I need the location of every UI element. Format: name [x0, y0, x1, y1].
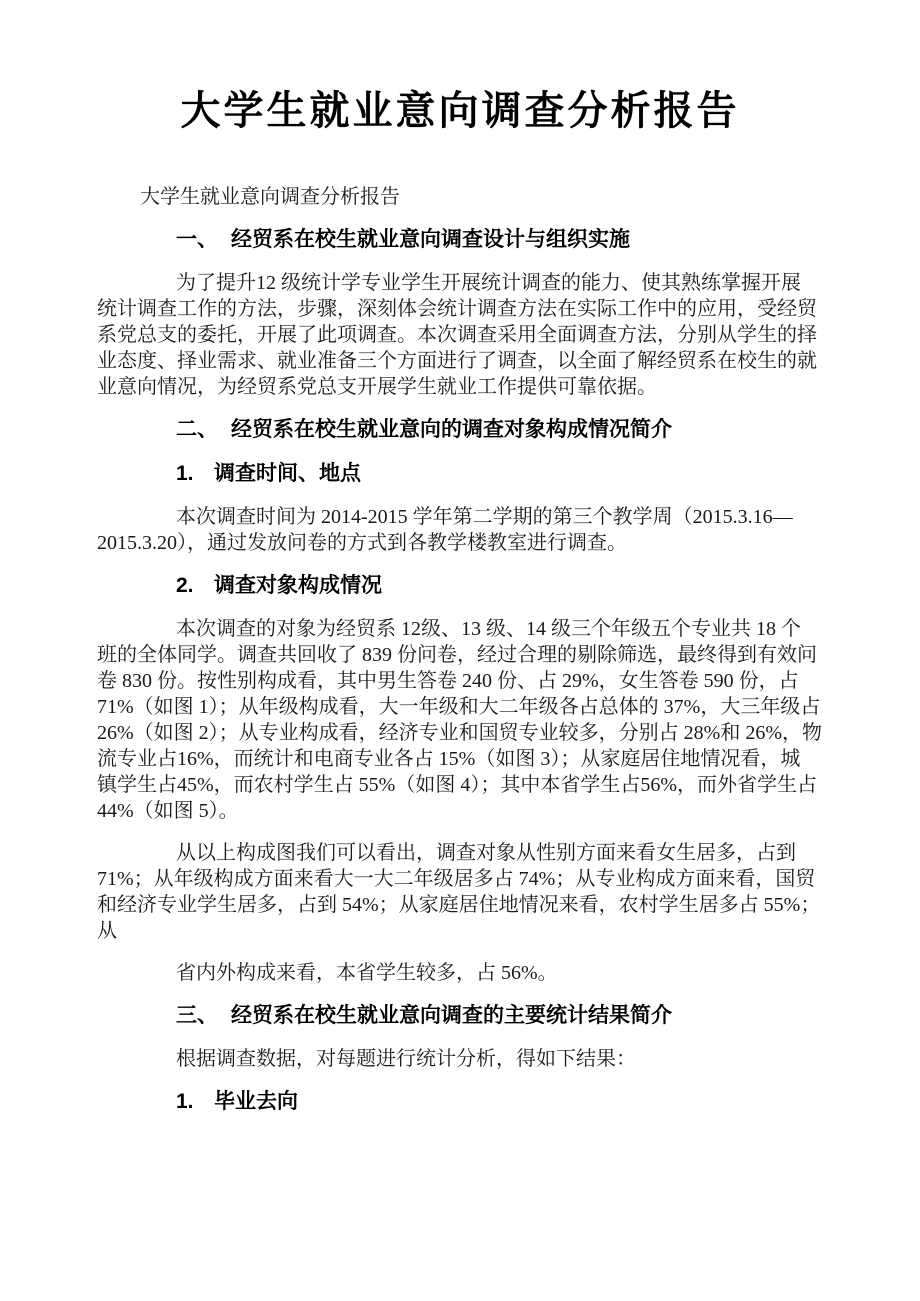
section-3-number: 三、 — [176, 1002, 231, 1030]
section-1-number: 一、 — [176, 226, 231, 254]
subheading-graduation-number: 1. — [176, 1088, 214, 1116]
section-heading-1: 一、经贸系在校生就业意向调查设计与组织实施 — [97, 226, 823, 254]
subheading-graduation-title: 毕业去向 — [214, 1090, 298, 1113]
composition-paragraph: 本次调查的对象为经贸系 12级、13 级、14 级三个年级五个专业共 18 个 … — [97, 616, 823, 824]
intro-paragraph: 为了提升12 级统计学专业学生开展统计调查的能力、使其熟练掌握开展 统计调查工作… — [97, 270, 823, 400]
document-page: 大学生就业意向调查分析报告 大学生就业意向调查分析报告 一、经贸系在校生就业意向… — [0, 0, 920, 1301]
section-3-title: 经贸系在校生就业意向调查的主要统计结果简介 — [231, 1004, 672, 1027]
summary-paragraph: 从以上构成图我们可以看出，调查对象从性别方面来看女生居多，占到 71%；从年级构… — [97, 840, 823, 944]
survey-time-paragraph: 本次调查时间为 2014-2015 学年第二学期的第三个教学周（2015.3.1… — [97, 504, 823, 556]
subheading-composition-number: 2. — [176, 572, 214, 600]
section-heading-3: 三、经贸系在校生就业意向调查的主要统计结果简介 — [97, 1002, 823, 1030]
results-intro-paragraph: 根据调查数据，对每题进行统计分析，得如下结果： — [97, 1046, 823, 1072]
section-1-title: 经贸系在校生就业意向调查设计与组织实施 — [231, 228, 630, 251]
section-2-number: 二、 — [176, 416, 231, 444]
subheading-composition-title: 调查对象构成情况 — [214, 574, 382, 597]
subheading-survey-time-number: 1. — [176, 460, 214, 488]
document-subtitle: 大学生就业意向调查分析报告 — [97, 184, 823, 210]
subheading-composition: 2.调查对象构成情况 — [97, 572, 823, 600]
section-2-title: 经贸系在校生就业意向的调查对象构成情况简介 — [231, 418, 672, 441]
page-title: 大学生就业意向调查分析报告 — [97, 88, 823, 134]
subheading-survey-time: 1.调查时间、地点 — [97, 460, 823, 488]
subheading-graduation-direction: 1.毕业去向 — [97, 1088, 823, 1116]
subheading-survey-time-title: 调查时间、地点 — [214, 462, 361, 485]
province-paragraph: 省内外构成来看，本省学生较多，占 56%。 — [97, 960, 823, 986]
section-heading-2: 二、经贸系在校生就业意向的调查对象构成情况简介 — [97, 416, 823, 444]
